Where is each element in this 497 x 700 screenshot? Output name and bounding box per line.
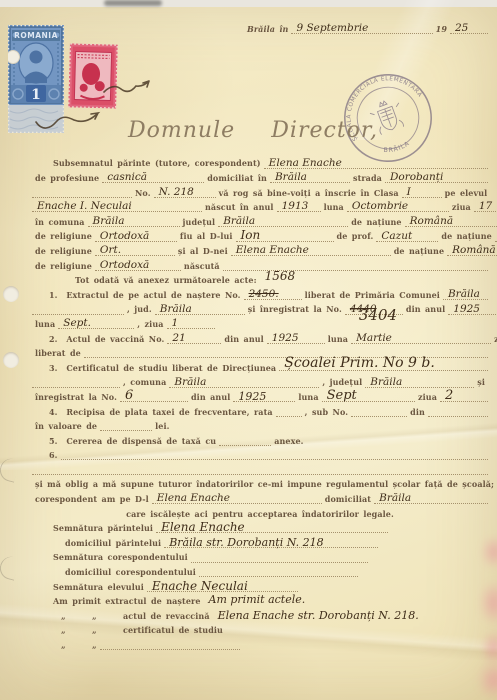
blank-underline [32,178,132,198]
handwritten-entry: Brăila [443,290,488,300]
punch-hole [8,51,20,64]
printed-label: în comuna [32,218,88,227]
printed-label: domiciliul părintelui [62,539,164,548]
printed-label: Subsemnatul părinte (tutore, coresponden… [50,159,264,168]
form-line: de religiuneOrtodoxăfiu al D-luiIonde pr… [32,231,488,242]
printed-label: și mă oblig a mă supune tuturor îndatori… [32,480,497,489]
blank-underline [32,295,124,315]
printed-label: Semnătura elevului [50,583,147,592]
printed-label: Am primit extractul de naștere [50,597,204,606]
handwritten-entry: Ion [236,230,334,241]
handwritten-entry: Elena Enache [264,159,488,169]
struck-out-entry: 2450. [244,290,302,300]
handwritten-entry: Sept. [58,319,134,329]
pencil-arc-mark [0,554,20,580]
salutation-word2: Director, [271,118,378,143]
printed-label: 4. Recipisa de plata taxei de frecventar… [46,408,276,417]
form-line: , jud.Brăilași înregistrat la No.4440340… [32,304,488,315]
printed-label: din anul [188,393,233,402]
punch-hole [3,352,19,368]
handwritten-entry: Brăila [270,173,350,183]
printed-label: , ziua [134,320,166,329]
printed-label: din [407,408,428,417]
form-line: „ „ actul de revaccinăElena Enache str. … [58,610,488,621]
handwritten-entry: Școalei Prim. No 9 b. [279,358,488,371]
handwritten-entry: Ortodoxă [95,232,177,242]
form-line: „ „ [58,640,488,651]
printed-label: județul [180,218,219,227]
handwritten-entry: Ortodoxă [95,261,181,271]
blank-underline [100,630,240,650]
handwritten-entry: Brăila [88,217,180,227]
printed-label: ziua [491,335,497,344]
printed-label: No. [132,189,154,198]
printed-label: pe elevul [442,189,491,198]
handwritten-entry: 6 [120,390,188,402]
form-line: Am primit extractul de naștereAm primit … [50,596,488,607]
handwritten-entry: 1913 [277,202,321,212]
stamp-country-text: ROMANIA [14,31,58,40]
handwritten-note: Am primit actele. [204,595,311,604]
handwritten-entry: Română [405,217,497,227]
printed-label: de religiune [32,262,95,271]
printed-label: de națiune [438,232,494,241]
blank-underline [428,397,488,417]
form-line: domiciliul corespondentului [62,567,488,578]
printed-label: care iscălește aci pentru acceptarea înd… [123,510,397,519]
date-printed-year: 19 [433,25,450,34]
printed-label: , sub No. [302,408,351,417]
handwritten-entry: N. 218 [154,188,216,198]
printed-label: din anul [403,305,448,314]
handwritten-entry: Dorobanți [385,173,488,183]
printed-label: domiciliul corespondentului [62,568,199,577]
handwritten-entry: Octombrie [347,202,449,212]
blank-underline [276,397,302,417]
printed-label: , comuna [120,378,169,387]
pencil-arc-mark [0,456,20,482]
handwritten-entry: Ort. [95,246,175,256]
blank-underline [351,397,407,417]
form-line: , comunaBrăila, județulBrăilași [32,377,488,388]
red-charity-stamp [68,43,118,108]
document-page: Brăila în 9 Septembrie 19 25 ROMANIA 1 [0,0,497,700]
blank-underline [100,411,152,431]
blank-underline [32,455,488,475]
form-line: care iscălește aci pentru acceptarea înd… [32,508,488,519]
printed-label: fiu al D-lui [177,232,236,241]
stamp-value-text: 1 [31,87,41,103]
seal-bottom-text: BRĂILA [381,138,412,158]
handwritten-entry: 1925 [448,305,497,315]
handwritten-entry: Brăila [155,305,245,315]
blank-underline [199,557,358,577]
printed-label: , jud. [124,305,155,314]
form-line: Subsemnatul părinte (tutore, coresponden… [50,158,488,169]
punch-hole [3,286,19,302]
blue-revenue-stamp: ROMANIA 1 [8,25,64,133]
handwritten-entry: Brăila [365,378,474,388]
handwritten-entry: Brăila [169,378,319,388]
form-line: corespondent am pe D-lElena Enachedomici… [32,494,488,505]
printed-label: strada [350,174,385,183]
printed-label: liberat de Primăria Comunei [302,291,443,300]
printed-label: de națiune [348,218,404,227]
scanner-edge [0,0,497,7]
form-body: Subsemnatul părinte (tutore, coresponden… [32,158,488,654]
form-line: lunaSept., ziua1 [32,319,488,330]
blank-underline [223,251,488,271]
printed-label: și [474,378,488,387]
printed-label: ziua [449,203,474,212]
salutation-word1: Domnule [128,118,235,143]
form-line: Semnătura părinteluiElena Enache [50,523,488,534]
handwritten-entry: Brăila [374,494,488,504]
printed-label: vă rog să bine-voiți a înscrie în Clasa [216,189,402,198]
form-line: înregistrat la No.6din anul1925lunaSeptz… [32,392,488,403]
portrait-head [30,51,43,64]
struck-out-entry: 44403404 [345,305,403,315]
printed-label: în valoare de [32,422,100,431]
handwritten-entry: Elena Enache [152,494,322,504]
handwritten-entry: 17 [474,202,497,212]
printed-label: luna [321,203,347,212]
printed-label: de religiune [32,232,95,241]
handwritten-note: Elena Enache str. Dorobanți N. 218. [213,611,424,620]
printed-label: „ „ actul de revaccină [58,612,213,621]
printed-label: liberat de [32,349,84,358]
form-line: Tot odată vă anexez următoarele acte:156… [72,275,488,286]
form-line: Enache I. Neculainăscut în anul1913lunaO… [32,202,488,213]
printed-label: și înregistrat la No. [245,305,345,314]
handwritten-correction: 3404 [359,309,397,322]
handwritten-entry: Cazut [376,232,438,242]
form-line: și mă oblig a mă supune tuturor îndatori… [32,479,488,490]
handwritten-entry: Elena Enache [156,522,388,533]
printed-label: de prof. [334,232,377,241]
svg-text:BRĂILA: BRĂILA [381,138,412,158]
printed-label: Semnătura părintelui [50,524,156,533]
printed-label: domiciliat [322,495,374,504]
date-handwritten-day-month: 9 Septembrie [291,24,432,34]
printed-label: născută [181,262,223,271]
printed-label: luna [32,320,58,329]
form-line: de religiuneOrtodoxănăscută [32,260,488,271]
printed-label: Semnătura corespondentului [50,553,191,562]
printed-label: domiciliat în [204,174,270,183]
form-line [32,464,488,475]
handwritten-entry: Enache I. Neculai [32,202,202,212]
date-handwritten-year: 25 [450,24,488,34]
printed-label: corespondent am pe D-l [32,495,152,504]
printed-label: născut în anul [202,203,277,212]
form-line: în comunaBrăilajudețulBrăilade națiuneRo… [32,216,488,227]
salutation: Domnule Director, [128,118,378,143]
handwritten-entry: Brăila [218,217,348,227]
form-line: Semnătura elevuluiEnache Neculai [50,581,488,592]
handwritten-note: 1568 [260,271,301,281]
pink-stain [477,660,497,700]
scan-smudge [104,0,162,6]
date-printed-prefix: Brăila în [244,25,291,34]
printed-label: lei. [152,422,172,431]
date-line: Brăila în 9 Septembrie 19 25 [244,24,488,34]
form-line: No.N. 218vă rog să bine-voiți a înscrie … [32,187,488,198]
printed-label: de religiune [32,247,95,256]
printed-label: „ „ [58,641,100,650]
handwritten-entry: 1 [167,319,215,329]
printed-label: înregistrat la No. [32,393,120,402]
handwritten-entry: Enache Neculai [147,581,298,592]
printed-label: , județul [319,378,365,387]
printed-label: Tot odată vă anexez următoarele acte: [72,276,260,285]
blank-underline [32,368,120,388]
handwritten-entry: I [402,188,442,198]
